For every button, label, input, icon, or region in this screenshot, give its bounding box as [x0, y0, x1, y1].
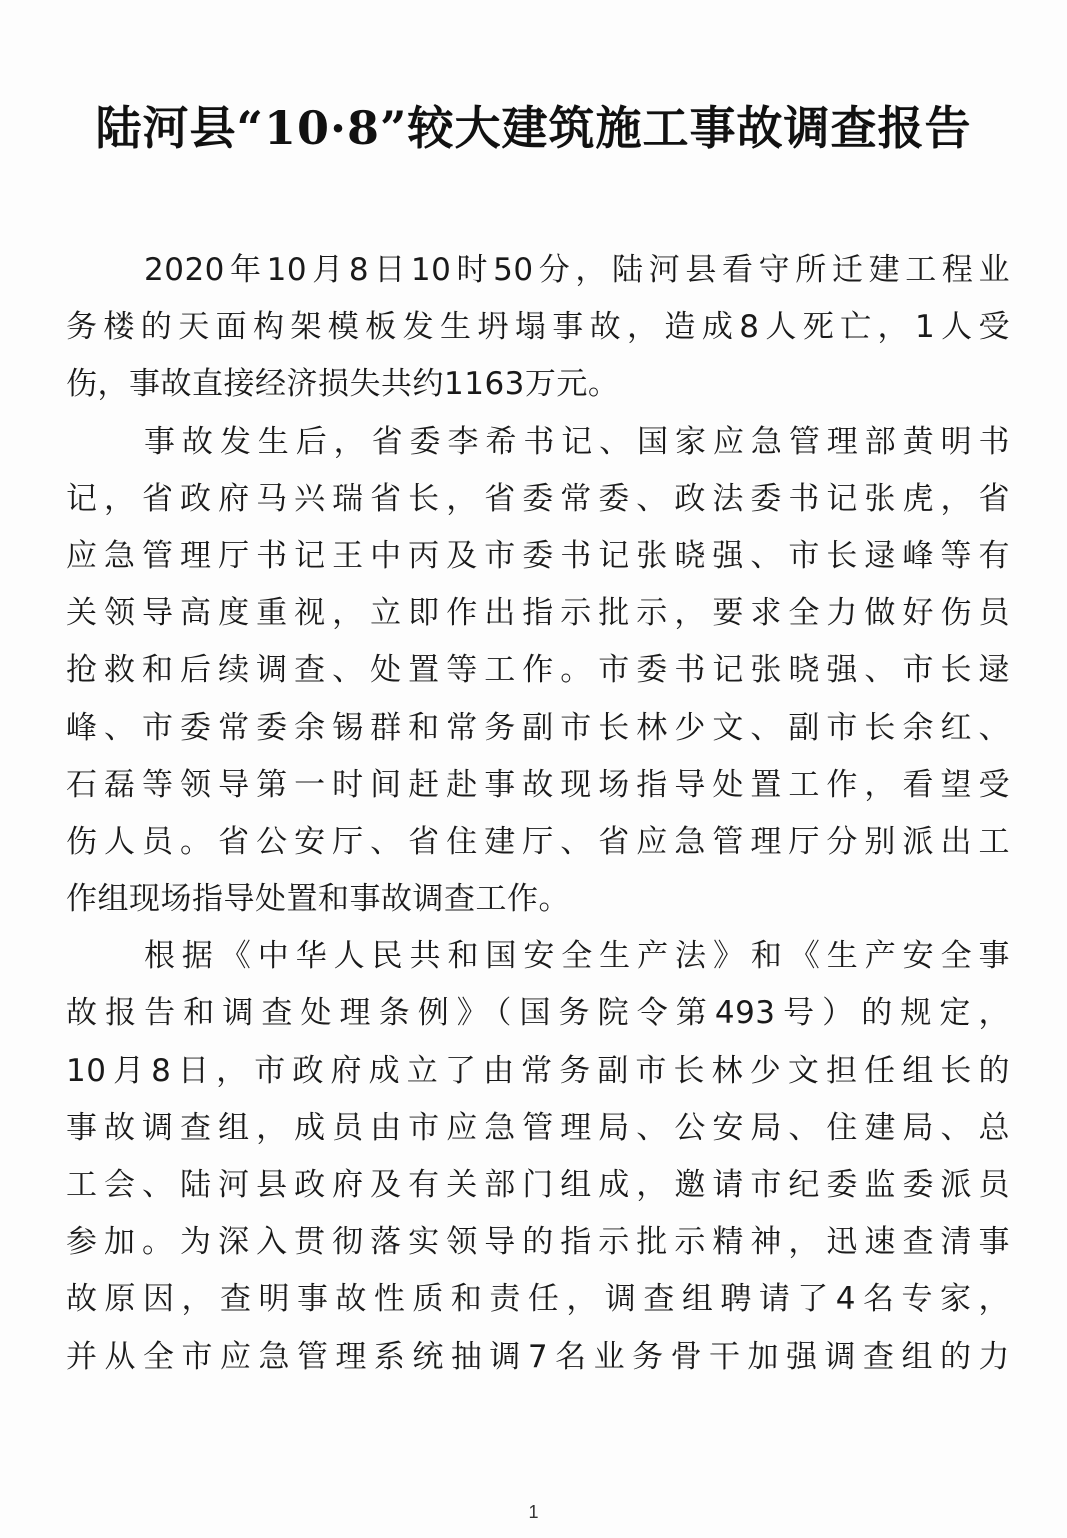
paragraph-3-line-3: 10月8日，市政府成立了由常务副市长林少文担任组长的	[66, 1043, 1010, 1100]
paragraph-2-line-2: 记，省政府马兴瑞省长，省委常委、政法委书记张虎，省	[66, 471, 1010, 528]
paragraph-2-line-3: 应急管理厅书记王中丙及市委书记张晓强、市长逯峰等有	[66, 528, 1010, 585]
paragraph-3-line-8: 并从全市应急管理系统抽调7名业务骨干加强调查组的力	[66, 1329, 1010, 1386]
paragraph-2-line-9: 作组现场指导处置和事故调查工作。	[66, 871, 1010, 928]
paragraph-1-line-2: 务楼的天面构架模板发生坍塌事故，造成8人死亡，1人受	[66, 299, 1010, 356]
paragraph-2-line-4: 关领导高度重视，立即作出指示批示，要求全力做好伤员	[66, 585, 1010, 642]
paragraph-3-line-1: 根据《中华人民共和国安全生产法》和《生产安全事	[66, 928, 1010, 985]
page-number: 1	[0, 1502, 1067, 1523]
document-title: 陆河县“10·8”较大建筑施工事故调查报告	[0, 96, 1067, 160]
document-page: 陆河县“10·8”较大建筑施工事故调查报告 2020年10月8日10时50分，陆…	[0, 0, 1067, 1538]
paragraph-3-line-4: 事故调查组，成员由市应急管理局、公安局、住建局、总	[66, 1100, 1010, 1157]
paragraph-3-line-2: 故报告和调查处理条例》（国务院令第493号）的规定，	[66, 985, 1010, 1042]
document-body: 2020年10月8日10时50分，陆河县看守所迁建工程业 务楼的天面构架模板发生…	[66, 242, 1010, 1386]
paragraph-1-line-1: 2020年10月8日10时50分，陆河县看守所迁建工程业	[66, 242, 1010, 299]
paragraph-2-line-6: 峰、市委常委余锡群和常务副市长林少文、副市长余红、	[66, 700, 1010, 757]
paragraph-3-line-6: 参加。为深入贯彻落实领导的指示批示精神，迅速查清事	[66, 1214, 1010, 1271]
paragraph-1-line-3: 伤，事故直接经济损失共约1163万元。	[66, 356, 1010, 413]
paragraph-2-line-5: 抢救和后续调查、处置等工作。市委书记张晓强、市长逯	[66, 642, 1010, 699]
paragraph-3-line-7: 故原因，查明事故性质和责任，调查组聘请了4名专家，	[66, 1271, 1010, 1328]
paragraph-3-line-5: 工会、陆河县政府及有关部门组成，邀请市纪委监委派员	[66, 1157, 1010, 1214]
paragraph-2-line-8: 伤人员。省公安厅、省住建厅、省应急管理厅分别派出工	[66, 814, 1010, 871]
paragraph-2-line-1: 事故发生后，省委李希书记、国家应急管理部黄明书	[66, 414, 1010, 471]
paragraph-2-line-7: 石磊等领导第一时间赶赴事故现场指导处置工作，看望受	[66, 757, 1010, 814]
